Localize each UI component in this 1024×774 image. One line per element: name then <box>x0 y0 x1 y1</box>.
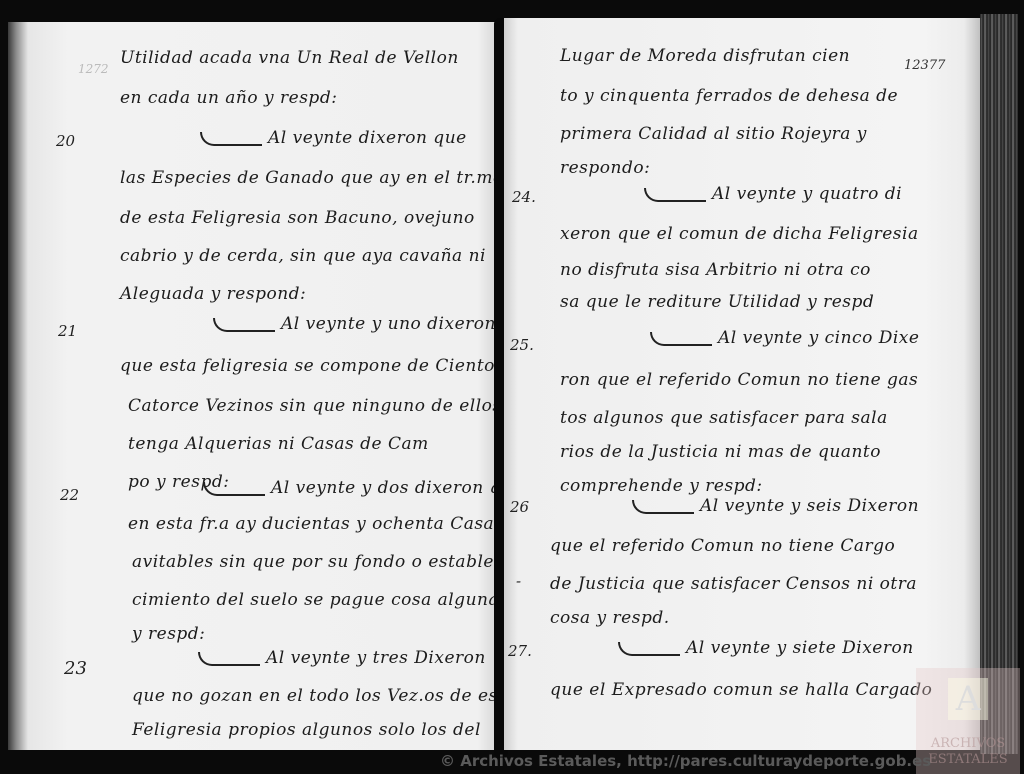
margin-number: 24. <box>512 188 536 206</box>
manuscript-line: to y cinquenta ferrados de dehesa de <box>560 86 898 106</box>
manuscript-line: primera Calidad al sitio Rojeyra y <box>560 124 867 144</box>
margin-number: 23 <box>64 658 87 679</box>
manuscript-line: rios de la Justicia ni mas de quanto <box>560 442 881 462</box>
right-page: 12377 Lugar de Moreda disfrutan cien to … <box>504 18 982 750</box>
manuscript-line: cimiento del suelo se pague cosa alguna <box>132 590 499 610</box>
flourish-mark <box>213 318 275 332</box>
manuscript-line: que no gozan en el todo los Vez.os de es… <box>132 686 500 706</box>
manuscript-line: no disfruta sisa Arbitrio ni otra co <box>560 260 871 280</box>
document-viewer: 1272 Utilidad acada vna Un Real de Vello… <box>0 0 1024 774</box>
manuscript-line: y respd: <box>132 624 205 644</box>
manuscript-line: Al veynte y tres Dixeron <box>198 648 486 668</box>
copyright-footer: © Archivos Estatales, http://pares.cultu… <box>440 752 931 770</box>
manuscript-line: cosa y respd. <box>550 608 670 628</box>
manuscript-line: xeron que el comun de dicha Feligresia <box>560 224 919 244</box>
manuscript-line: cabrio y de cerda, sin que aya cavaña ni <box>120 246 486 266</box>
flourish-mark <box>618 642 680 656</box>
manuscript-line: tos algunos que satisfacer para sala <box>560 408 888 428</box>
manuscript-line: que el referido Comun no tiene Cargo <box>550 536 895 556</box>
margin-number: 26 <box>510 498 529 516</box>
folio-number: 12377 <box>904 58 945 73</box>
manuscript-line: Al veynte y quatro di <box>644 184 902 204</box>
manuscript-line: Al veynte y dos dixeron q <box>203 478 500 498</box>
left-page: 1272 Utilidad acada vna Un Real de Vello… <box>8 22 500 750</box>
manuscript-line: en esta fr.a ay ducientas y ochenta Casa… <box>128 514 500 534</box>
manuscript-line: en cada un año y respd: <box>120 88 337 108</box>
margin-number: 21 <box>58 322 77 340</box>
margin-number: 20 <box>56 132 75 150</box>
flourish-mark <box>644 188 706 202</box>
logo-letter-icon: A <box>948 678 988 720</box>
manuscript-line: Catorce Vezinos sin que ninguno de ellos <box>128 396 500 416</box>
manuscript-line: Aleguada y respond: <box>120 284 306 304</box>
flourish-mark <box>198 652 260 666</box>
manuscript-line: sa que le rediture Utilidad y respd <box>560 292 874 312</box>
watermark-line1: ARCHIVOS <box>920 736 1016 751</box>
manuscript-line: de Justicia que satisfacer Censos ni otr… <box>550 574 917 594</box>
manuscript-line: Al veynte y seis Dixeron <box>632 496 919 516</box>
flourish-mark <box>650 332 712 346</box>
manuscript-line: respondo: <box>560 158 650 178</box>
manuscript-line: Al veynte y uno dixeron <box>213 314 496 334</box>
folio-mark: 1272 <box>78 62 109 76</box>
watermark-line2: ESTATALES <box>920 752 1016 767</box>
flourish-mark <box>632 500 694 514</box>
manuscript-line: Feligresia propios algunos solo los del <box>132 720 481 740</box>
flourish-mark <box>200 132 262 146</box>
manuscript-line: tenga Alquerias ni Casas de Cam <box>128 434 429 454</box>
manuscript-line: Lugar de Moreda disfrutan cien <box>560 46 850 66</box>
manuscript-line: de esta Feligresia son Bacuno, ovejuno <box>120 208 475 228</box>
flourish-mark <box>203 482 265 496</box>
manuscript-line: Al veynte y cinco Dixe <box>650 328 919 348</box>
archivos-estatales-watermark: A ARCHIVOS ESTATALES <box>916 668 1020 774</box>
margin-number: 25. <box>510 336 534 354</box>
margin-dash: - <box>516 572 521 590</box>
manuscript-line: que el Expresado comun se halla Cargado <box>550 680 932 700</box>
manuscript-line: avitables sin que por su fondo o estable… <box>132 552 500 572</box>
manuscript-line: comprehende y respd: <box>560 476 763 496</box>
book-edge <box>980 14 1018 754</box>
manuscript-line: Al veynte dixeron que <box>200 128 467 148</box>
margin-number: 27. <box>508 642 532 660</box>
manuscript-line: que esta feligresia se compone de Ciento… <box>120 356 500 376</box>
manuscript-line: las Especies de Ganado que ay en el tr.m… <box>120 168 500 188</box>
manuscript-line: Al veynte y siete Dixeron <box>618 638 914 658</box>
margin-number: 22 <box>60 486 79 504</box>
manuscript-line: ron que el referido Comun no tiene gas <box>560 370 918 390</box>
manuscript-line: Utilidad acada vna Un Real de Vellon <box>120 48 459 68</box>
